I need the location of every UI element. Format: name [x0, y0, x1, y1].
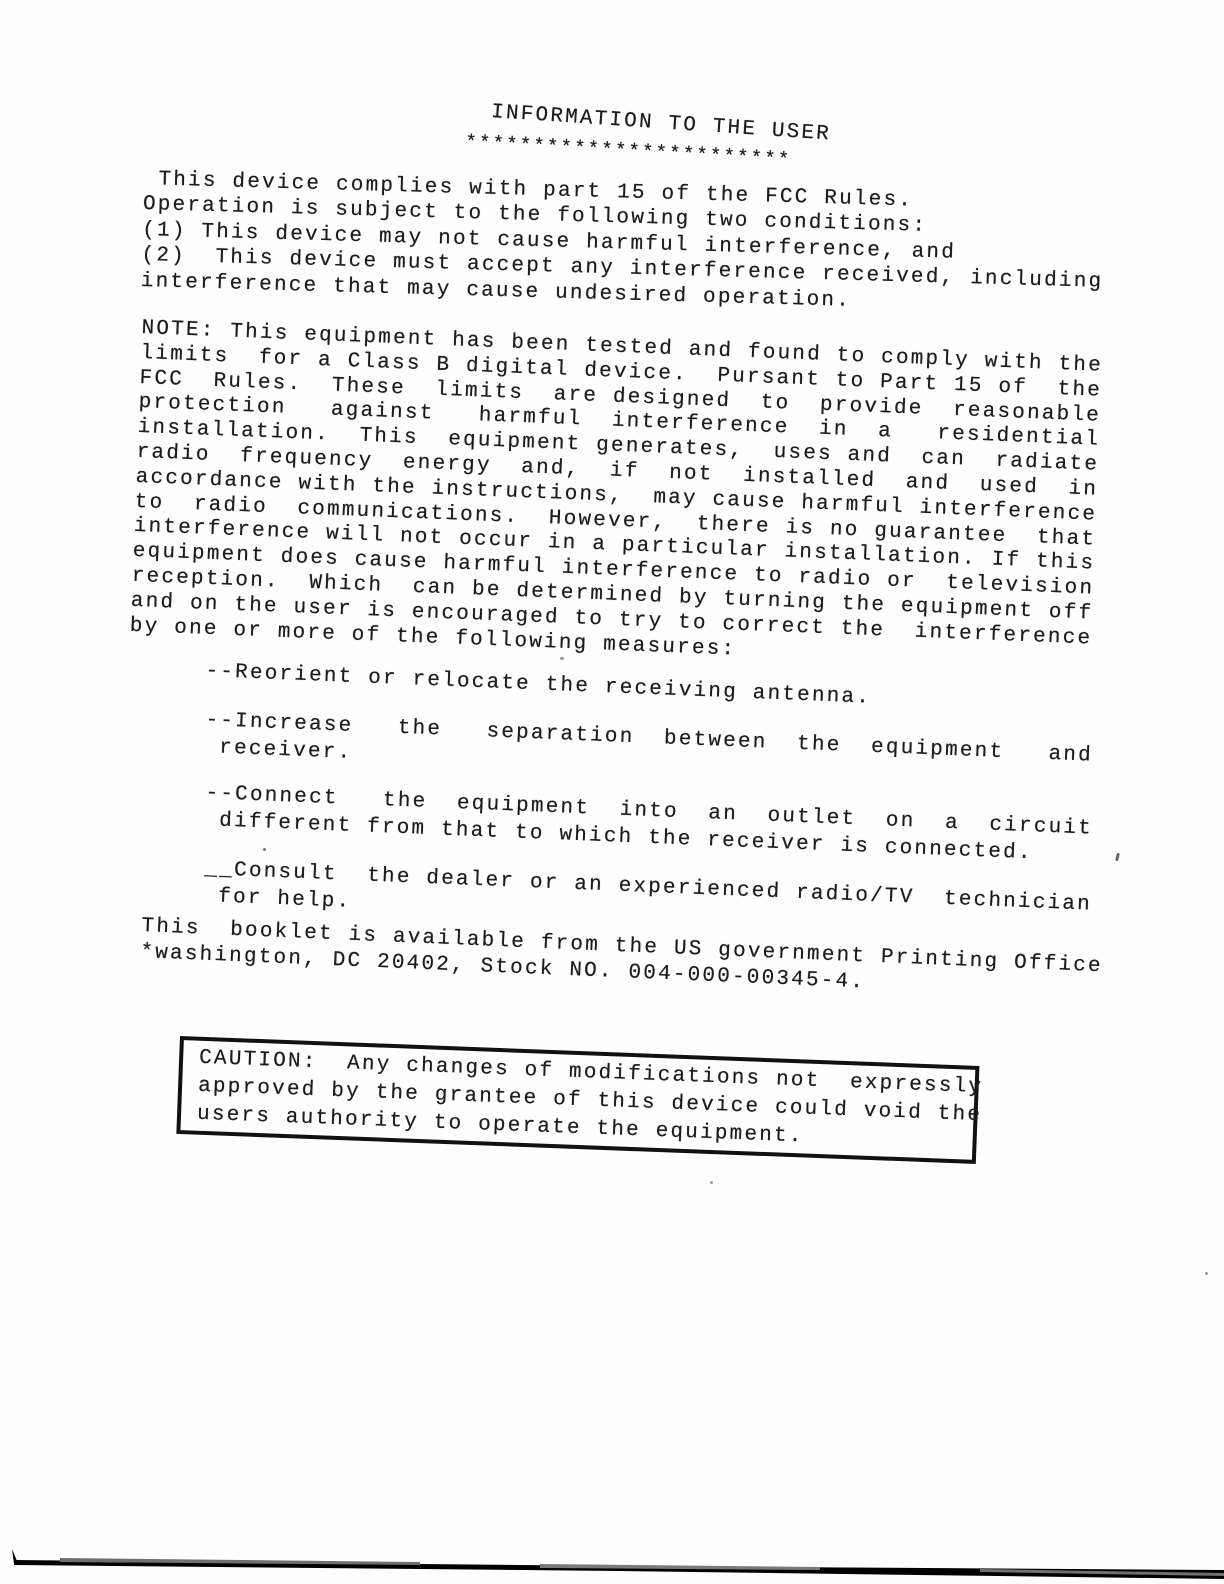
paragraph-fcc-compliance: This device complies with part 15 of the…	[140, 167, 1105, 321]
scan-speck	[263, 848, 266, 851]
scan-speck	[1205, 1272, 1208, 1275]
caution-text: CAUTION: Any changes of modifications no…	[197, 1045, 976, 1158]
scan-edge-artifact	[0, 1540, 1224, 1584]
measure-item-connect-outlet: --Connect the equipment into an outlet o…	[204, 781, 1094, 870]
measure-item-increase-separation: --Increase the separation between the eq…	[204, 708, 1094, 797]
measure-item-reorient-antenna: --Reorient or relocate the receiving ant…	[205, 659, 872, 712]
scan-speck	[1115, 853, 1120, 861]
paragraph-fcc-note: NOTE: This equipment has been tested and…	[129, 317, 1103, 677]
scanned-document-page: INFORMATION TO THE USER ****************…	[0, 0, 1224, 1584]
scan-speck	[560, 657, 564, 660]
scan-speck	[710, 1181, 713, 1184]
caution-box: CAUTION: Any changes of modifications no…	[176, 1036, 979, 1164]
